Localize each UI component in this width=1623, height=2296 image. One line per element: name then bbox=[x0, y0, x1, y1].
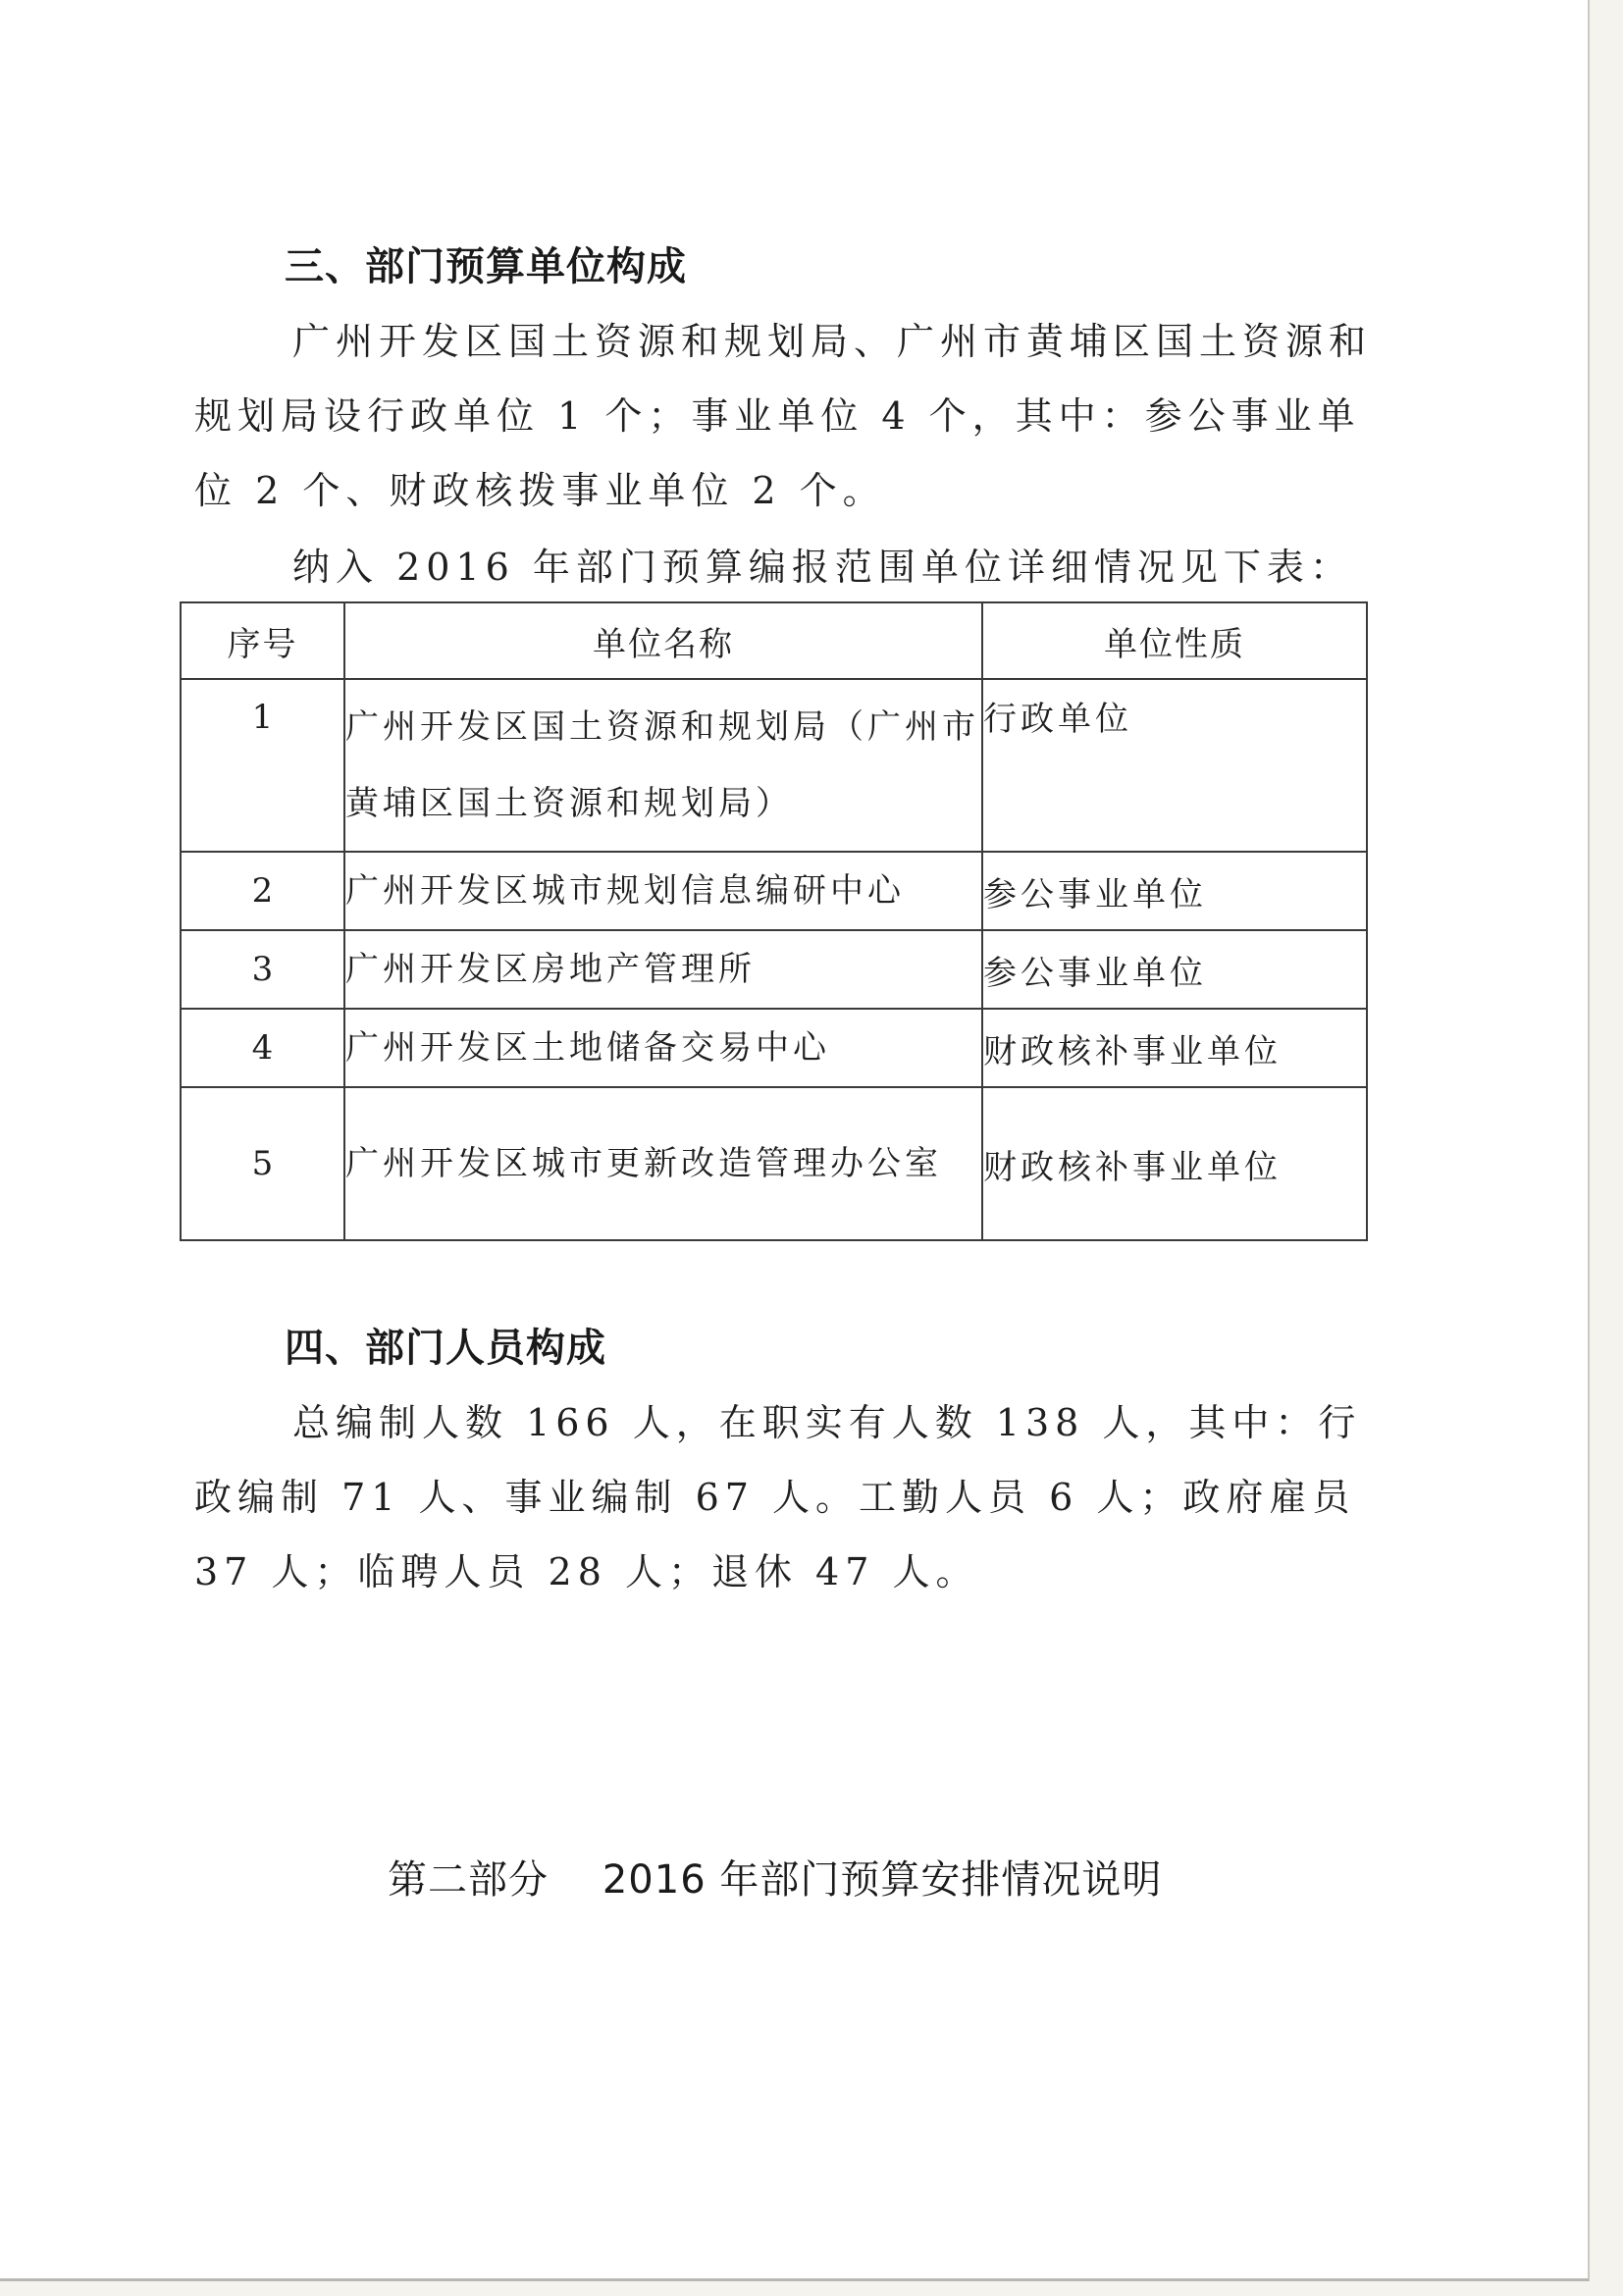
section4-paragraph: 总编制人数 166 人，在职实有人数 138 人，其中：行政编制 71 人、事业… bbox=[194, 1385, 1391, 1609]
header-serial: 序号 bbox=[181, 602, 344, 679]
row-serial: 2 bbox=[181, 852, 344, 930]
units-table: 序号 单位名称 单位性质 1 广州开发区国土资源和规划局（广州市黄埔区国土资源和… bbox=[180, 601, 1368, 1241]
row-serial: 1 bbox=[181, 679, 344, 852]
row-unit-type: 参公事业单位 bbox=[982, 852, 1367, 930]
row-unit-name: 广州开发区城市规划信息编研中心 bbox=[344, 852, 982, 930]
header-unit-type: 单位性质 bbox=[982, 602, 1367, 679]
row-serial: 4 bbox=[181, 1009, 344, 1087]
header-unit-name: 单位名称 bbox=[344, 602, 982, 679]
row-unit-name: 广州开发区城市更新改造管理办公室 bbox=[344, 1087, 982, 1240]
row-unit-name: 广州开发区土地储备交易中心 bbox=[344, 1009, 982, 1087]
table-row: 3 广州开发区房地产管理所 参公事业单位 bbox=[181, 930, 1367, 1009]
table-row: 4 广州开发区土地储备交易中心 财政核补事业单位 bbox=[181, 1009, 1367, 1087]
table-intro: 纳入 2016 年部门预算编报范围单位详细情况见下表： bbox=[292, 530, 1391, 604]
row-unit-type: 财政核补事业单位 bbox=[982, 1009, 1367, 1087]
row-serial: 3 bbox=[181, 930, 344, 1009]
row-unit-type: 财政核补事业单位 bbox=[982, 1087, 1367, 1240]
section3-heading: 三、部门预算单位构成 bbox=[285, 235, 687, 291]
table-row: 2 广州开发区城市规划信息编研中心 参公事业单位 bbox=[181, 852, 1367, 930]
row-unit-name: 广州开发区国土资源和规划局（广州市黄埔区国土资源和规划局） bbox=[344, 679, 982, 852]
row-serial: 5 bbox=[181, 1087, 344, 1240]
document-page: 三、部门预算单位构成 广州开发区国土资源和规划局、广州市黄埔区国土资源和规划局设… bbox=[0, 0, 1590, 2281]
section3-paragraph: 广州开发区国土资源和规划局、广州市黄埔区国土资源和规划局设行政单位 1 个；事业… bbox=[194, 304, 1391, 528]
row-unit-type: 参公事业单位 bbox=[982, 930, 1367, 1009]
section4-heading: 四、部门人员构成 bbox=[285, 1317, 606, 1373]
table-row: 1 广州开发区国土资源和规划局（广州市黄埔区国土资源和规划局） 行政单位 bbox=[181, 679, 1367, 852]
row-unit-name: 广州开发区房地产管理所 bbox=[344, 930, 982, 1009]
part2-title: 第二部分 2016 年部门预算安排情况说明 bbox=[388, 1849, 1162, 1905]
row-unit-type: 行政单位 bbox=[982, 679, 1367, 852]
table-header-row: 序号 单位名称 单位性质 bbox=[181, 602, 1367, 679]
table-row: 5 广州开发区城市更新改造管理办公室 财政核补事业单位 bbox=[181, 1087, 1367, 1240]
